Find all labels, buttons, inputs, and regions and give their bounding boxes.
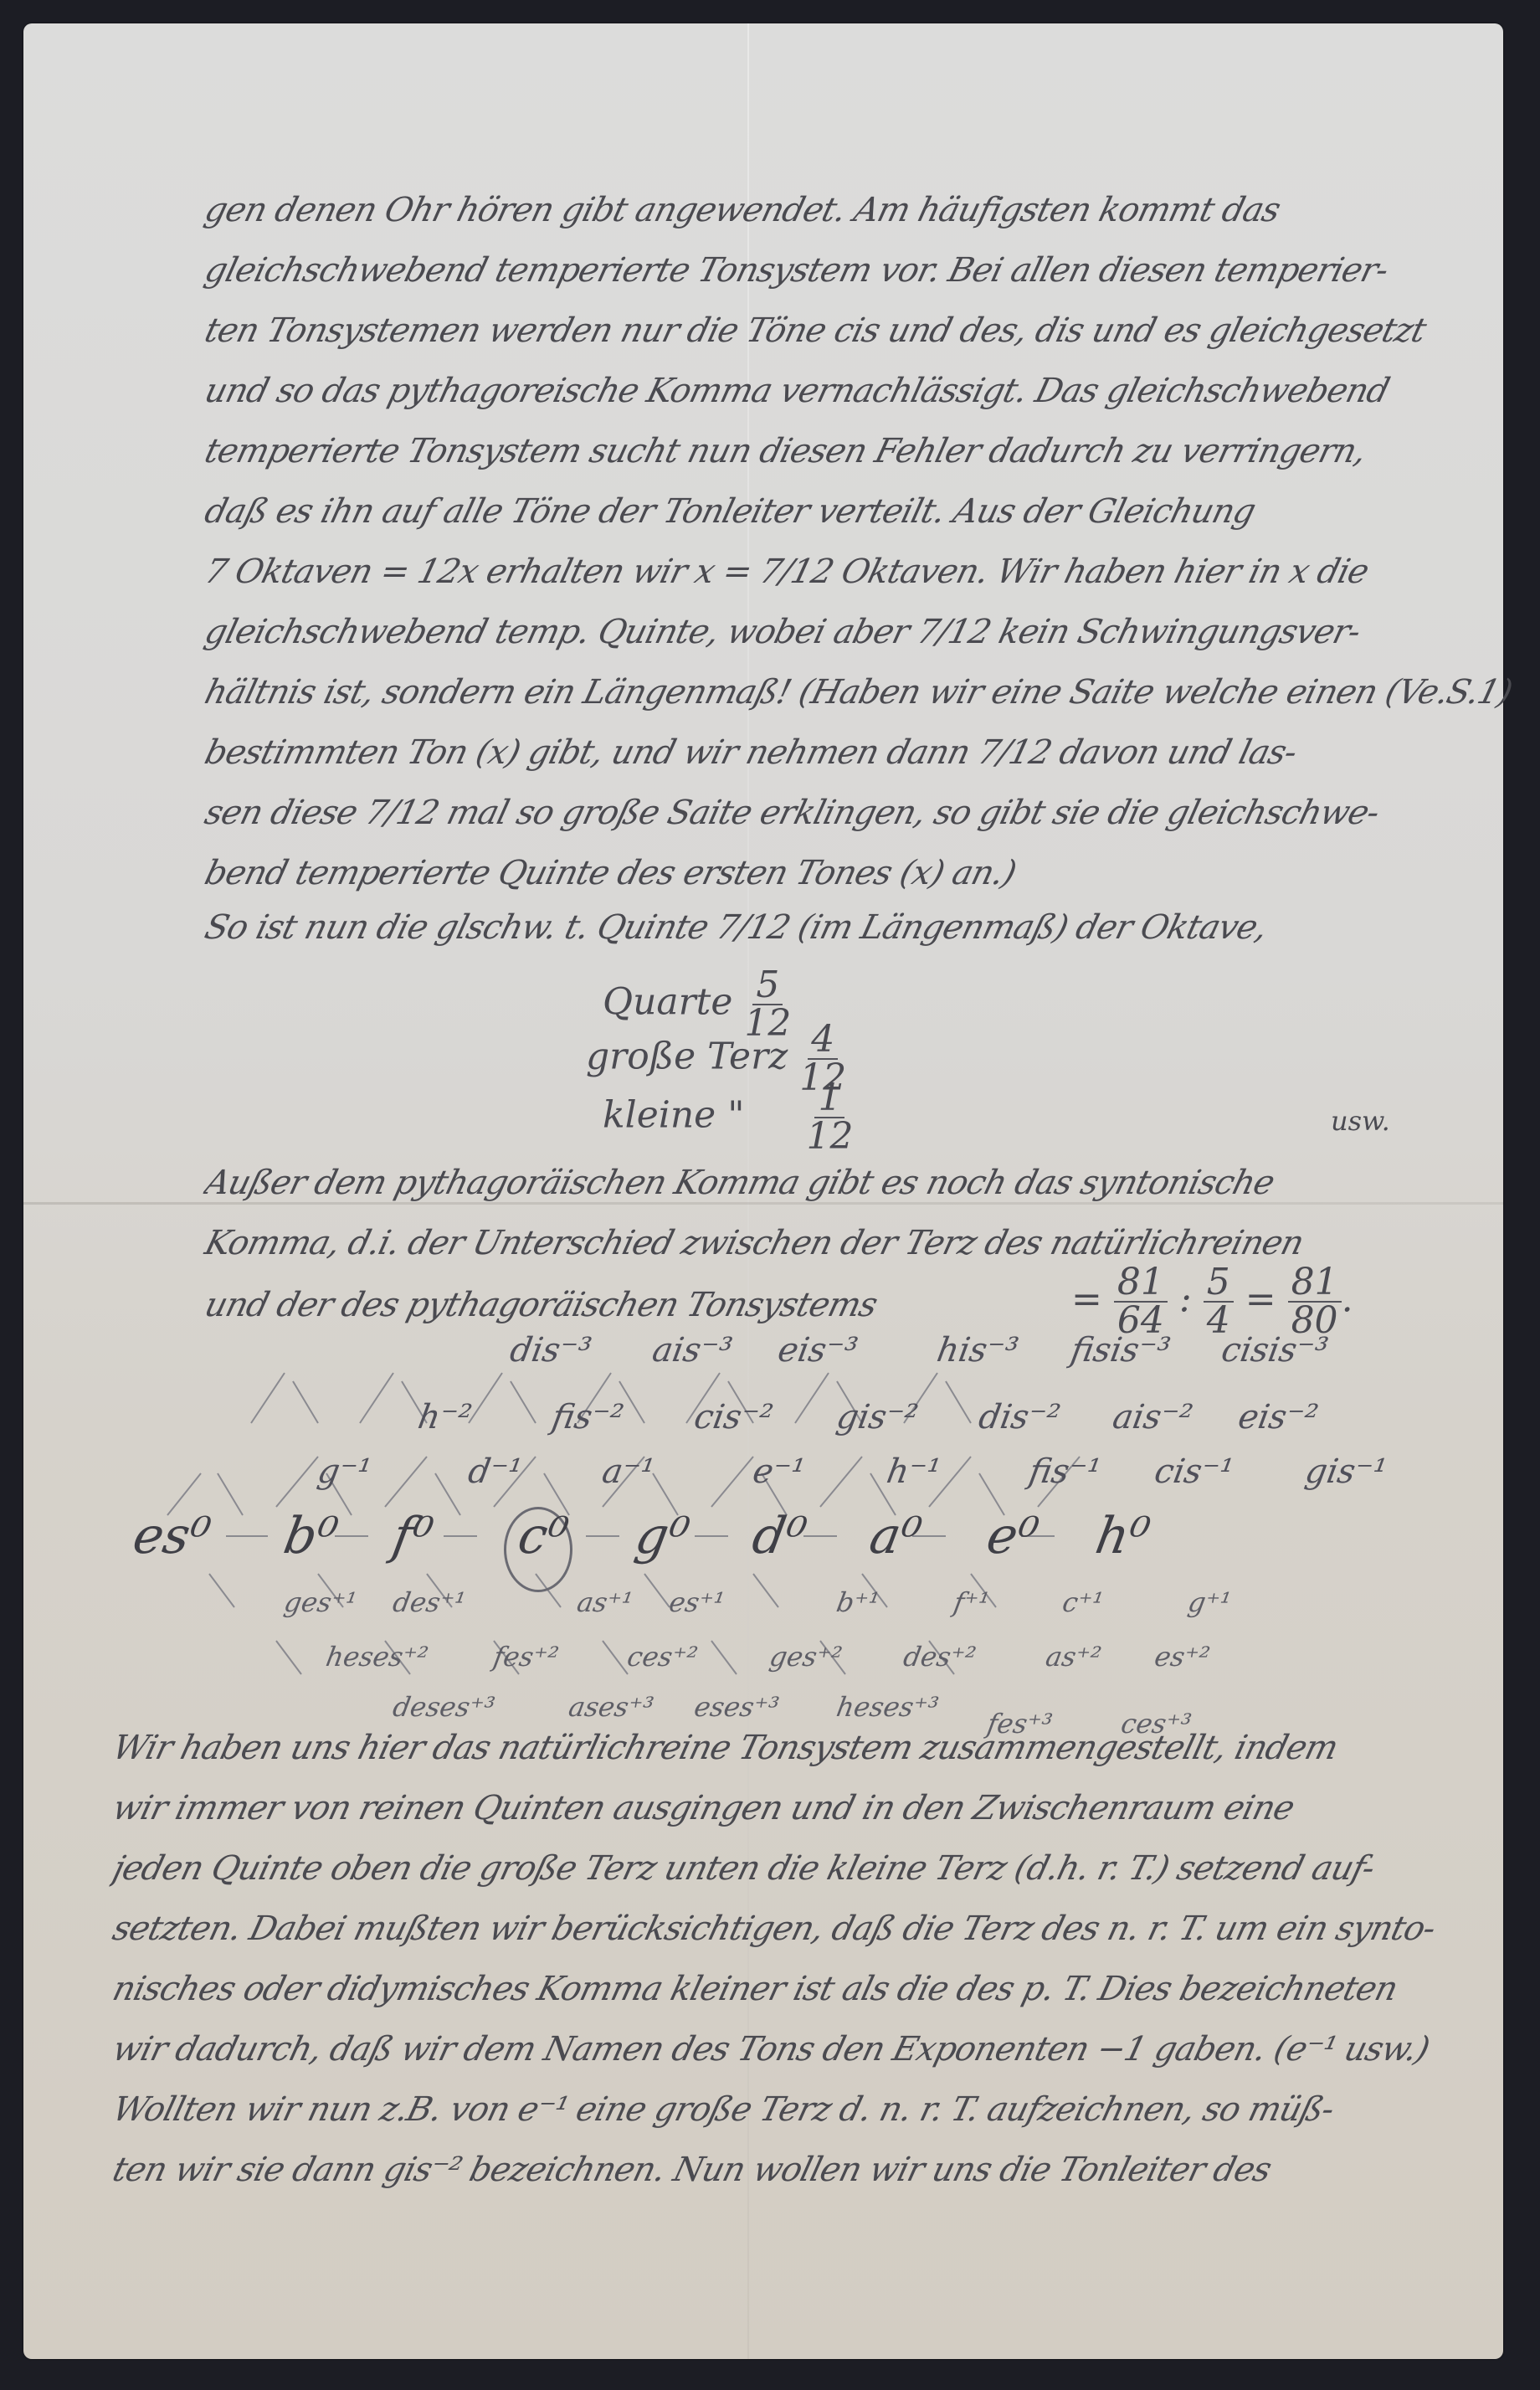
- note-as-p1: as⁺¹: [575, 1586, 635, 1618]
- text-line: ten wir sie dann gis⁻² bezeichnen. Nun w…: [109, 2151, 1507, 2189]
- note-a-m1: a⁻¹: [599, 1452, 657, 1491]
- note-cis-m1: cis⁻¹: [1152, 1452, 1236, 1491]
- note-ces-p2: ces⁺²: [625, 1641, 701, 1673]
- note-b-p1: b⁺¹: [834, 1586, 882, 1618]
- note-ais-m2: ais⁻²: [1110, 1398, 1195, 1437]
- note-h-m2: h⁻²: [415, 1398, 475, 1437]
- note-heses-p3: heses⁺³: [834, 1691, 942, 1723]
- text-line: wir immer von reinen Quinten ausgingen u…: [109, 1789, 1507, 1827]
- note-ases-p3: ases⁺³: [567, 1691, 656, 1723]
- note-heses-p2: heses⁺²: [324, 1641, 431, 1673]
- note-ges-p2: ges⁺²: [767, 1641, 844, 1673]
- note-dis-m3: dis⁻³: [507, 1331, 594, 1370]
- note-es-p2: es⁺²: [1152, 1641, 1213, 1673]
- note-es-0: es⁰: [129, 1507, 215, 1565]
- note-g-0: g⁰: [631, 1507, 694, 1565]
- note-e-m1: e⁻¹: [750, 1452, 808, 1491]
- text-line: setzten. Dabei mußten wir berücksichtige…: [109, 1909, 1507, 1948]
- note-ges-p1: ges⁺¹: [282, 1586, 359, 1618]
- note-eses-p3: eses⁺³: [692, 1691, 782, 1723]
- note-his-m3: his⁻³: [934, 1331, 1021, 1370]
- note-des-p2: des⁺²: [901, 1641, 978, 1673]
- note-eis-m2: eis⁻²: [1235, 1398, 1321, 1437]
- text-line: Wir haben uns hier das natürlichreine To…: [109, 1729, 1507, 1767]
- note-eis-m3: eis⁻³: [775, 1331, 860, 1370]
- note-fisis-m3: fisis⁻³: [1068, 1331, 1173, 1370]
- note-dis-m2: dis⁻²: [976, 1398, 1063, 1437]
- text-line: Wollten wir nun z.B. von e⁻¹ eine große …: [109, 2090, 1507, 2129]
- note-des-p1: des⁺¹: [391, 1586, 468, 1618]
- note-es-p1: es⁺¹: [667, 1586, 727, 1618]
- note-g-p1: g⁺¹: [1186, 1586, 1234, 1618]
- note-fis-m2: fis⁻²: [549, 1398, 626, 1437]
- note-fis-m1: fis⁻¹: [1026, 1452, 1103, 1491]
- note-d-m1: d⁻¹: [465, 1452, 525, 1491]
- note-fes-p2: fes⁺²: [491, 1641, 562, 1673]
- note-gis-m1: gis⁻¹: [1302, 1452, 1389, 1491]
- note-g-m1: g⁻¹: [315, 1452, 374, 1491]
- note-c-0-center: c⁰: [514, 1507, 572, 1565]
- note-f-p1: f⁺¹: [952, 1586, 992, 1618]
- text-line: wir dadurch, daß wir dem Namen des Tons …: [109, 2030, 1507, 2069]
- note-cisis-m3: cisis⁻³: [1219, 1331, 1331, 1370]
- note-d-0: d⁰: [748, 1507, 811, 1565]
- note-ais-m3: ais⁻³: [649, 1331, 735, 1370]
- note-b-0: b⁰: [280, 1507, 342, 1565]
- note-h-m1: h⁻¹: [884, 1452, 943, 1491]
- note-c-p1: c⁺¹: [1060, 1586, 1106, 1618]
- note-gis-m2: gis⁻²: [834, 1398, 921, 1437]
- note-deses-p3: deses⁺³: [391, 1691, 498, 1723]
- text-line: jeden Quinte oben die große Terz unten d…: [109, 1849, 1507, 1888]
- note-cis-m2: cis⁻²: [691, 1398, 776, 1437]
- note-e-0: e⁰: [983, 1507, 1043, 1565]
- note-as-p2: as⁺²: [1044, 1641, 1104, 1673]
- note-h-0: h⁰: [1091, 1507, 1154, 1565]
- text-line: nisches oder didymisches Komma kleiner i…: [109, 1970, 1507, 2008]
- note-a-0: a⁰: [865, 1507, 926, 1565]
